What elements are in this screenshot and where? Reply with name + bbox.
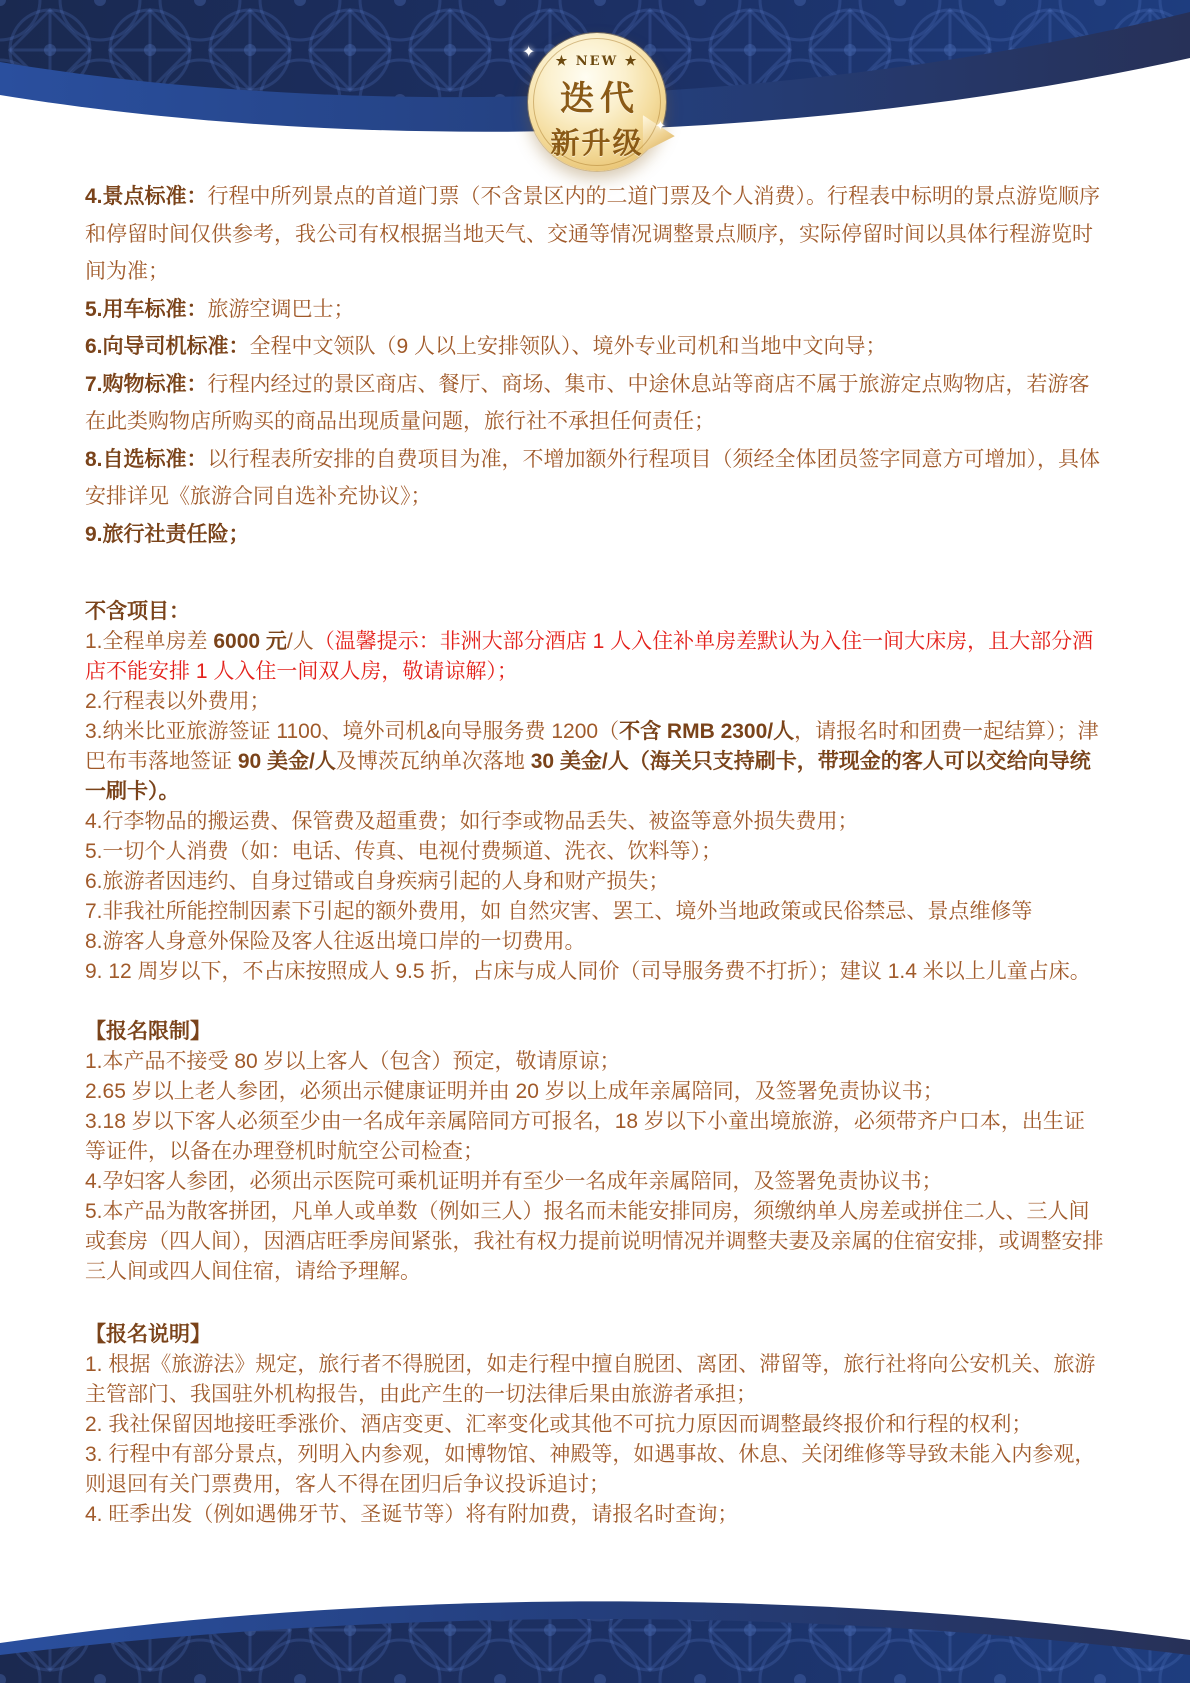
paragraph: 7.非我社所能控制因素下引起的额外费用，如 自然灾害、罢工、境外当地政策或民俗禁… xyxy=(85,897,1105,927)
paragraph: 2.行程表以外费用； xyxy=(85,687,1105,717)
text-segment: 5.一切个人消费（如：电话、传真、电视付费频道、洗衣、饮料等）； xyxy=(85,840,722,863)
paragraph: 5.一切个人消费（如：电话、传真、电视付费频道、洗衣、饮料等）； xyxy=(85,837,1105,867)
paragraph: 1.本产品不接受 80 岁以上客人（包含）预定，敬请原谅； xyxy=(85,1047,1105,1077)
text-segment: 1.全程单房差 xyxy=(85,630,213,653)
text-segment: 7.非我社所能控制因素下引起的额外费用，如 自然灾害、罢工、境外当地政策或民俗禁… xyxy=(85,900,1032,923)
paragraph: 9.旅行社责任险； xyxy=(85,516,1105,554)
paragraph: 6.向导司机标准：全程中文领队（9 人以上安排领队）、境外专业司机和当地中文向导… xyxy=(85,328,1105,366)
text-segment: 4.行李物品的搬运费、保管费及超重费；如行李或物品丢失、被盗等意外损失费用； xyxy=(85,810,859,833)
text-segment: 【报名说明】 xyxy=(85,1323,211,1346)
text-segment: 3.18 岁以下客人必须至少由一名成年亲属陪同方可报名，18 岁以下小童出境旅游… xyxy=(85,1110,1085,1163)
paragraph: 8.游客人身意外保险及客人往返出境口岸的一切费用。 xyxy=(85,927,1105,957)
sparkle-icon: ✦ xyxy=(522,42,535,62)
new-upgrade-badge: ★ NEW ★ 迭代 新升级 xyxy=(528,33,666,171)
text-segment: 7.购物标准： xyxy=(85,373,208,396)
text-segment: 1. 根据《旅游法》规定，旅行者不得脱团，如走行程中擅自脱团、离团、滞留等，旅行… xyxy=(85,1353,1095,1406)
section-heading: 【报名限制】 xyxy=(85,1017,1105,1047)
paragraph: 8.自选标准：以行程表所安排的自费项目为准，不增加额外行程项目（须经全体团员签字… xyxy=(85,441,1105,516)
text-segment: 不含项目： xyxy=(85,600,190,623)
section-heading: 【报名说明】 xyxy=(85,1320,1105,1350)
badge-title: 迭代 xyxy=(528,71,666,120)
text-segment: 4.孕妇客人参团，必须出示医院可乘机证明并有至少一名成年亲属陪同，及签署免责协议… xyxy=(85,1170,943,1193)
text-segment: 8.游客人身意外保险及客人往返出境口岸的一切费用。 xyxy=(85,930,586,953)
text-segment: 6000 元 xyxy=(213,630,287,653)
paragraph: 4.孕妇客人参团，必须出示医院可乘机证明并有至少一名成年亲属陪同，及签署免责协议… xyxy=(85,1167,1105,1197)
section-heading: 不含项目： xyxy=(85,597,1105,627)
text-segment: 30 美金/人 xyxy=(531,750,629,773)
text-segment: 3. 行程中有部分景点，列明入内参观，如博物馆、神殿等，如遇事故、休息、关闭维修… xyxy=(85,1443,1095,1496)
paragraph: 2.65 岁以上老人参团，必须出示健康证明并由 20 岁以上成年亲属陪同，及签署… xyxy=(85,1077,1105,1107)
text-segment: 4. 旺季出发（例如遇佛牙节、圣诞节等）将有附加费，请报名时查询； xyxy=(85,1503,738,1526)
paragraph: 3.纳米比亚旅游签证 1100、境外司机&向导服务费 1200（不含 RMB 2… xyxy=(85,717,1105,807)
text-segment: 2.行程表以外费用； xyxy=(85,690,271,713)
paragraph: 2. 我社保留因地接旺季涨价、酒店变更、汇率变化或其他不可抗力原因而调整最终报价… xyxy=(85,1410,1105,1440)
section-standards: 4.景点标准：行程中所列景点的首道门票（不含景区内的二道门票及个人消费）。行程表… xyxy=(85,178,1105,553)
footer-ornament xyxy=(0,1580,1190,1683)
travel-terms-page: ★ NEW ★ 迭代 新升级 ✦ ✦ 4.景点标准：行程中所列景点的首道门票（不… xyxy=(0,0,1190,1683)
text-segment: 5.用车标准： xyxy=(85,298,208,321)
badge-subtitle: 新升级 xyxy=(528,121,666,162)
section-limits: 【报名限制】1.本产品不接受 80 岁以上客人（包含）预定，敬请原谅；2.65 … xyxy=(85,1017,1105,1287)
text-segment: 旅游空调巴士； xyxy=(208,298,355,321)
paragraph: 9. 12 周岁以下，不占床按照成人 9.5 折，占床与成人同价（司导服务费不打… xyxy=(85,957,1105,987)
text-segment: 2.65 岁以上老人参团，必须出示健康证明并由 20 岁以上成年亲属陪同，及签署… xyxy=(85,1080,944,1103)
paragraph: 1.全程单房差 6000 元/人（温馨提示：非洲大部分酒店 1 人入住补单房差默… xyxy=(85,627,1105,687)
text-segment: /人 xyxy=(287,630,314,653)
paragraph: 3.18 岁以下客人必须至少由一名成年亲属陪同方可报名，18 岁以下小童出境旅游… xyxy=(85,1107,1105,1167)
text-segment: 4.景点标准： xyxy=(85,185,208,208)
paragraph: 4.景点标准：行程中所列景点的首道门票（不含景区内的二道门票及个人消费）。行程表… xyxy=(85,178,1105,291)
text-segment: 行程中所列景点的首道门票（不含景区内的二道门票及个人消费）。行程表中标明的景点游… xyxy=(85,185,1100,283)
terms-content: 4.景点标准：行程中所列景点的首道门票（不含景区内的二道门票及个人消费）。行程表… xyxy=(85,178,1105,1530)
text-segment: 6.旅游者因违约、自身过错或自身疾病引起的人身和财产损失； xyxy=(85,870,670,893)
text-segment: 6.向导司机标准： xyxy=(85,335,250,358)
text-segment: 2. 我社保留因地接旺季涨价、酒店变更、汇率变化或其他不可抗力原因而调整最终报价… xyxy=(85,1413,1032,1436)
text-segment: 行程内经过的景区商店、餐厅、商场、集市、中途休息站等商店不属于旅游定点购物店，若… xyxy=(85,373,1090,434)
paragraph: 4. 旺季出发（例如遇佛牙节、圣诞节等）将有附加费，请报名时查询； xyxy=(85,1500,1105,1530)
text-segment: 不含 RMB 2300/人 xyxy=(619,720,794,743)
text-segment: 以行程表所安排的自费项目为准，不增加额外行程项目（须经全体团员签字同意方可增加）… xyxy=(85,448,1100,509)
text-segment: 1.本产品不接受 80 岁以上客人（包含）预定，敬请原谅； xyxy=(85,1050,621,1073)
paragraph: 4.行李物品的搬运费、保管费及超重费；如行李或物品丢失、被盗等意外损失费用； xyxy=(85,807,1105,837)
text-segment: 5.本产品为散客拼团，凡单人或单数（例如三人）报名而未能安排同房，须缴纳单人房差… xyxy=(85,1200,1104,1283)
text-segment: 8.自选标准： xyxy=(85,448,208,471)
text-segment: 【报名限制】 xyxy=(85,1020,211,1043)
paragraph: 1. 根据《旅游法》规定，旅行者不得脱团，如走行程中擅自脱团、离团、滞留等，旅行… xyxy=(85,1350,1105,1410)
text-segment: 3.纳米比亚旅游签证 1100、境外司机&向导服务费 1200（ xyxy=(85,720,619,743)
section-notes: 【报名说明】1. 根据《旅游法》规定，旅行者不得脱团，如走行程中擅自脱团、离团、… xyxy=(85,1320,1105,1530)
text-segment: 9. 12 周岁以下，不占床按照成人 9.5 折，占床与成人同价（司导服务费不打… xyxy=(85,960,1091,983)
section-excluded: 不含项目：1.全程单房差 6000 元/人（温馨提示：非洲大部分酒店 1 人入住… xyxy=(85,597,1105,987)
text-segment: 及博茨瓦纳单次落地 xyxy=(336,750,531,773)
paragraph: 3. 行程中有部分景点，列明入内参观，如博物馆、神殿等，如遇事故、休息、关闭维修… xyxy=(85,1440,1105,1500)
text-segment: 全程中文领队（9 人以上安排领队）、境外专业司机和当地中文向导； xyxy=(250,335,887,358)
text-segment: 90 美金/人 xyxy=(238,750,336,773)
paragraph: 5.用车标准：旅游空调巴士； xyxy=(85,291,1105,329)
text-segment: 9.旅行社责任险； xyxy=(85,523,250,546)
paragraph: 5.本产品为散客拼团，凡单人或单数（例如三人）报名而未能安排同房，须缴纳单人房差… xyxy=(85,1197,1105,1287)
paragraph: 7.购物标准：行程内经过的景区商店、餐厅、商场、集市、中途休息站等商店不属于旅游… xyxy=(85,366,1105,441)
sparkle-icon: ✦ xyxy=(655,118,666,134)
badge-new-label: ★ NEW ★ xyxy=(528,54,666,69)
paragraph: 6.旅游者因违约、自身过错或自身疾病引起的人身和财产损失； xyxy=(85,867,1105,897)
